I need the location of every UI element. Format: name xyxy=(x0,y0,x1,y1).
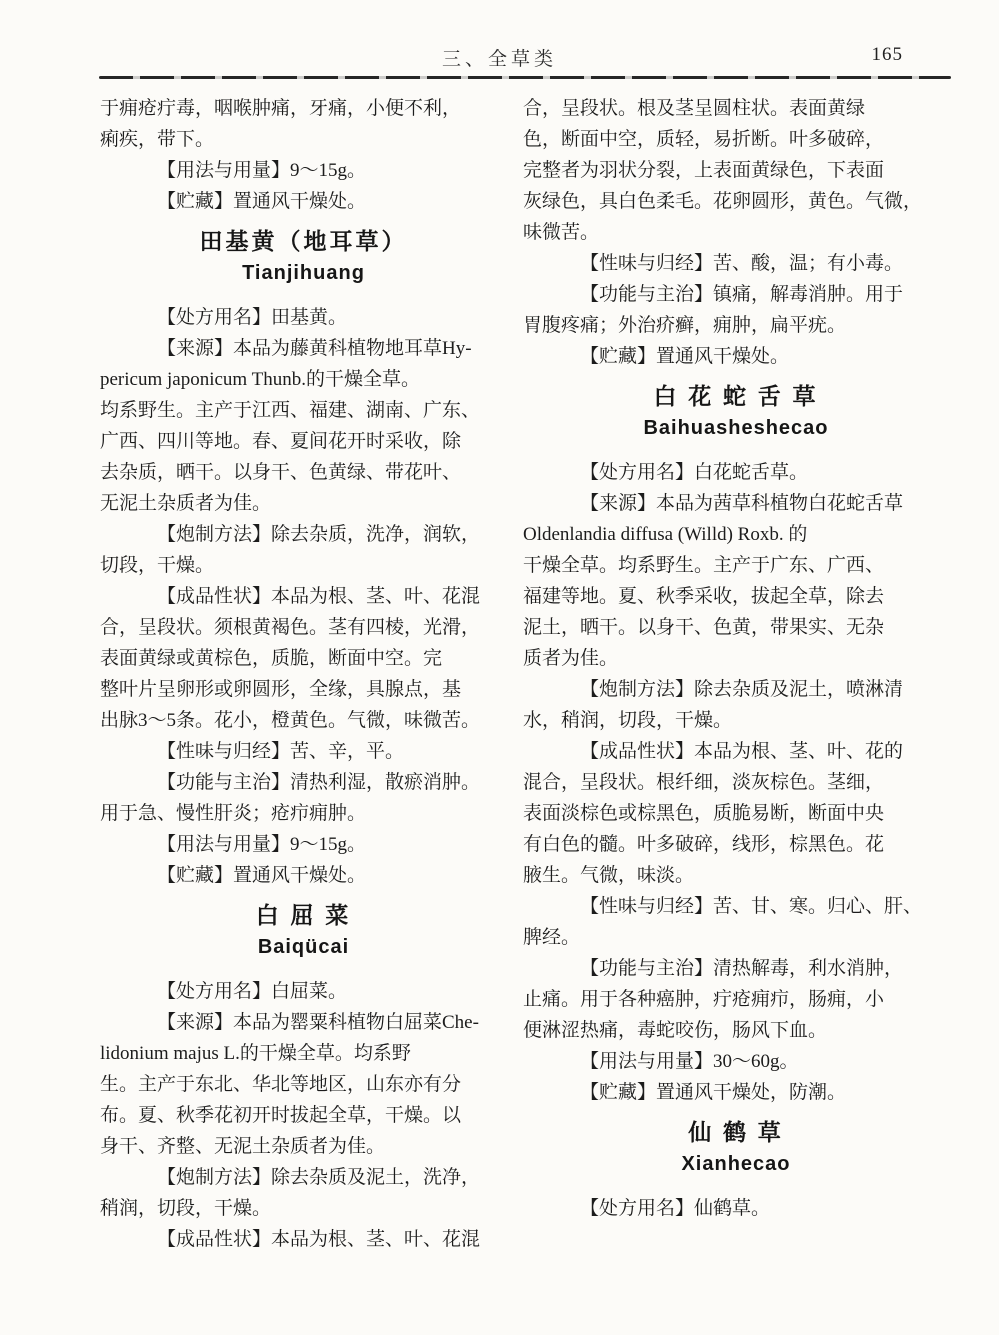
text-line: 【用法与用量】9～15g。 xyxy=(100,155,507,186)
text-line: 混合，呈段状。根纤细，淡灰棕色。茎细， xyxy=(523,767,949,798)
text-line: 痢疾，带下。 xyxy=(100,124,507,155)
herb-heading: 白 屈 菜Baiqücai xyxy=(100,901,507,960)
text-line: 胃腹疼痛；外治疥癣，痈肿，扁平疣。 xyxy=(523,310,949,341)
text-line: 【来源】本品为罂粟科植物白屈菜Che- xyxy=(100,1007,507,1038)
text-line: 味微苦。 xyxy=(523,217,949,248)
text-line: 出脉3～5条。花小，橙黄色。气微，味微苦。 xyxy=(100,705,507,736)
herb-heading: 仙 鹤 草Xianhecao xyxy=(523,1118,949,1177)
text-line: 【处方用名】白花蛇舌草。 xyxy=(523,457,949,488)
text-line: 【处方用名】田基黄。 xyxy=(100,302,507,333)
text-line: 稍润，切段，干燥。 xyxy=(100,1193,507,1224)
text-line: 生。主产于东北、华北等地区，山东亦有分 xyxy=(100,1069,507,1100)
text-line: 【来源】本品为茜草科植物白花蛇舌草 xyxy=(523,488,949,519)
text-line: 表面淡棕色或棕黑色，质脆易断，断面中央 xyxy=(523,798,949,829)
text-line: 【成品性状】本品为根、茎、叶、花的 xyxy=(523,736,949,767)
text-line: 【贮藏】置通风干燥处，防潮。 xyxy=(523,1077,949,1108)
page-number: 165 xyxy=(872,44,904,66)
text-line: 干燥全草。均系野生。主产于广东、广西、 xyxy=(523,550,949,581)
herb-heading: 田基黄（地耳草）Tianjihuang xyxy=(100,227,507,286)
text-line: 【炮制方法】除去杂质及泥土，喷淋清 xyxy=(523,674,949,705)
text-line: 合，呈段状。须根黄褐色。茎有四棱，光滑， xyxy=(100,612,507,643)
text-line: 止痛。用于各种癌肿，疔疮痈疖，肠痈，小 xyxy=(523,984,949,1015)
text-line: 【贮藏】置通风干燥处。 xyxy=(100,186,507,217)
text-line: 灰绿色，具白色柔毛。花卵圆形，黄色。气微， xyxy=(523,186,949,217)
text-line: 【来源】本品为藤黄科植物地耳草Hy- xyxy=(100,333,507,364)
text-line: 【用法与用量】9～15g。 xyxy=(100,829,507,860)
text-line: 【功能与主治】清热解毒，利水消肿， xyxy=(523,953,949,984)
text-line: 脾经。 xyxy=(523,922,949,953)
text-line: 布。夏、秋季花初开时拔起全草，干燥。以 xyxy=(100,1100,507,1131)
text-line: 广西、四川等地。春、夏间花开时采收，除 xyxy=(100,426,507,457)
text-line: 于痈疮疔毒，咽喉肿痛，牙痛，小便不利， xyxy=(100,93,507,124)
text-line: 水，稍润，切段，干燥。 xyxy=(523,705,949,736)
text-line: 去杂质，晒干。以身干、色黄绿、带花叶、 xyxy=(100,457,507,488)
text-line: pericum japonicum Thunb.的干燥全草。 xyxy=(100,364,507,395)
text-line: 【功能与主治】清热利湿，散瘀消肿。 xyxy=(100,767,507,798)
text-line: 【用法与用量】30～60g。 xyxy=(523,1046,949,1077)
text-line: 福建等地。夏、秋季采收，拔起全草，除去 xyxy=(523,581,949,612)
text-line: 泥土，晒干。以身干、色黄，带果实、无杂 xyxy=(523,612,949,643)
book-page: 三、全草类 165 于痈疮疔毒，咽喉肿痛，牙痛，小便不利，痢疾，带下。【用法与用… xyxy=(0,0,999,1335)
text-line: 完整者为羽状分裂，上表面黄绿色，下表面 xyxy=(523,155,949,186)
text-line: 【功能与主治】镇痛，解毒消肿。用于 xyxy=(523,279,949,310)
text-line: 腋生。气微，味淡。 xyxy=(523,860,949,891)
text-line: 无泥土杂质者为佳。 xyxy=(100,488,507,519)
text-line: 【贮藏】置通风干燥处。 xyxy=(523,341,949,372)
text-line: 用于急、慢性肝炎；疮疖痈肿。 xyxy=(100,798,507,829)
text-line: 【处方用名】白屈菜。 xyxy=(100,976,507,1007)
herb-title-cn: 仙 鹤 草 xyxy=(523,1118,949,1147)
text-line: 表面黄绿或黄棕色，质脆，断面中空。完 xyxy=(100,643,507,674)
text-line: 【成品性状】本品为根、茎、叶、花混 xyxy=(100,1224,507,1255)
right-text-column: 合，呈段状。根及茎呈圆柱状。表面黄绿色，断面中空，质轻，易折断。叶多破碎，完整者… xyxy=(523,93,949,1224)
text-line: 便淋涩热痛，毒蛇咬伤，肠风下血。 xyxy=(523,1015,949,1046)
text-line: 整叶片呈卵形或卵圆形，全缘，具腺点，基 xyxy=(100,674,507,705)
text-line: 【性味与归经】苦、辛，平。 xyxy=(100,736,507,767)
text-line: 质者为佳。 xyxy=(523,643,949,674)
text-line: 【性味与归经】苦、甘、寒。归心、肝、 xyxy=(523,891,949,922)
text-line: Oldenlandia diffusa (Willd) Roxb. 的 xyxy=(523,519,949,550)
text-line: 色，断面中空，质轻，易折断。叶多破碎， xyxy=(523,124,949,155)
text-line: lidonium majus L.的干燥全草。均系野 xyxy=(100,1038,507,1069)
text-line: 有白色的髓。叶多破碎，线形，棕黑色。花 xyxy=(523,829,949,860)
herb-title-pinyin: Baiqücai xyxy=(100,935,507,960)
text-line: 切段，干燥。 xyxy=(100,550,507,581)
herb-title-cn: 田基黄（地耳草） xyxy=(100,227,507,256)
text-line: 【处方用名】仙鹤草。 xyxy=(523,1193,949,1224)
text-line: 【成品性状】本品为根、茎、叶、花混 xyxy=(100,581,507,612)
herb-heading: 白 花 蛇 舌 草Baihuasheshecao xyxy=(523,382,949,441)
running-head-title: 三、全草类 xyxy=(0,44,999,71)
text-line: 【贮藏】置通风干燥处。 xyxy=(100,860,507,891)
text-line: 合，呈段状。根及茎呈圆柱状。表面黄绿 xyxy=(523,93,949,124)
header-rule xyxy=(99,76,951,79)
text-line: 【炮制方法】除去杂质，洗净，润软， xyxy=(100,519,507,550)
text-line: 【性味与归经】苦、酸，温；有小毒。 xyxy=(523,248,949,279)
text-line: 均系野生。主产于江西、福建、湖南、广东、 xyxy=(100,395,507,426)
text-line: 【炮制方法】除去杂质及泥土，洗净， xyxy=(100,1162,507,1193)
herb-title-cn: 白 屈 菜 xyxy=(100,901,507,930)
text-line: 身干、齐整、无泥土杂质者为佳。 xyxy=(100,1131,507,1162)
left-text-column: 于痈疮疔毒，咽喉肿痛，牙痛，小便不利，痢疾，带下。【用法与用量】9～15g。【贮… xyxy=(100,93,507,1255)
herb-title-cn: 白 花 蛇 舌 草 xyxy=(523,382,949,411)
herb-title-pinyin: Baihuasheshecao xyxy=(523,416,949,441)
herb-title-pinyin: Tianjihuang xyxy=(100,261,507,286)
herb-title-pinyin: Xianhecao xyxy=(523,1152,949,1177)
